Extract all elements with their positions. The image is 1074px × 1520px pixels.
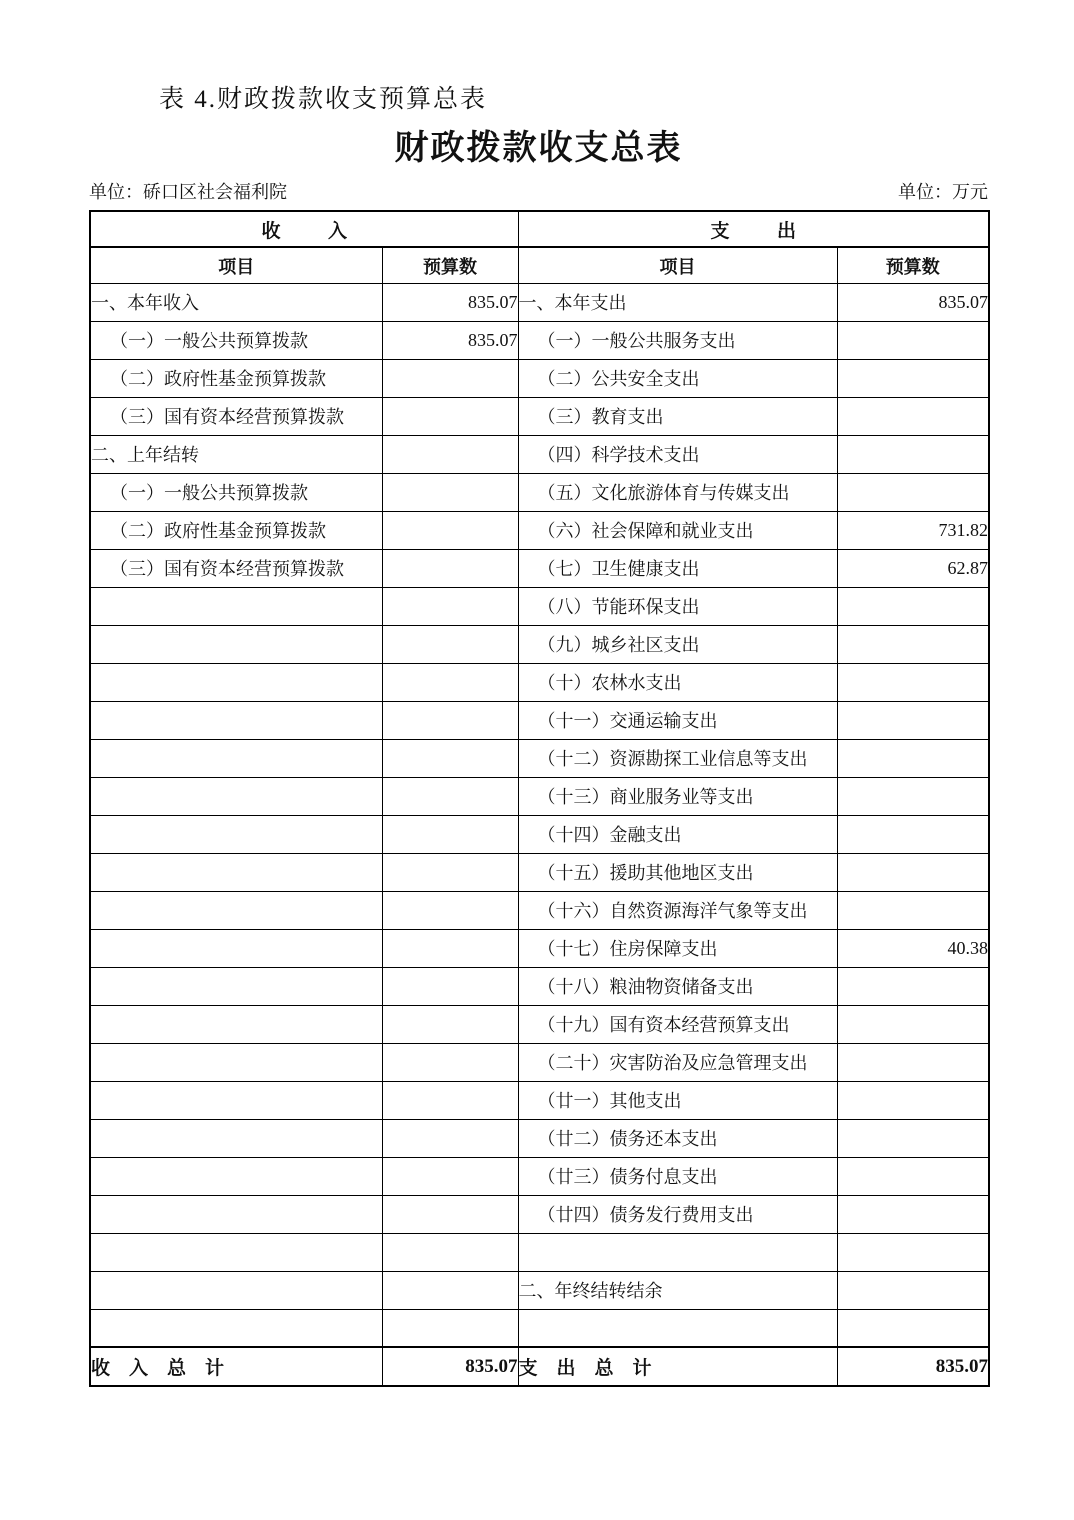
income-item-cell [90, 929, 382, 967]
expense-budget-cell: 835.07 [837, 283, 989, 321]
income-total-label: 收 入 总 计 [90, 1347, 382, 1386]
table-row: （九）城乡社区支出 [90, 625, 989, 663]
expense-item-cell [518, 1309, 837, 1347]
table-row: （十）农林水支出 [90, 663, 989, 701]
expense-item-column-header: 项目 [518, 247, 837, 283]
income-item-cell: （一）一般公共预算拨款 [90, 473, 382, 511]
income-item-cell [90, 1005, 382, 1043]
income-budget-cell [382, 473, 518, 511]
table-row: （二）政府性基金预算拨款（六）社会保障和就业支出731.82 [90, 511, 989, 549]
table-row: （十一）交通运输支出 [90, 701, 989, 739]
income-budget-cell [382, 1195, 518, 1233]
expense-budget-cell [837, 663, 989, 701]
expense-budget-cell [837, 1081, 989, 1119]
income-budget-cell [382, 549, 518, 587]
income-item-cell [90, 1119, 382, 1157]
expense-budget-cell [837, 1309, 989, 1347]
expense-item-cell: （廿四）债务发行费用支出 [518, 1195, 837, 1233]
table-row: （三）国有资本经营预算拨款（七）卫生健康支出62.87 [90, 549, 989, 587]
table-row: （十三）商业服务业等支出 [90, 777, 989, 815]
expense-item-cell: （六）社会保障和就业支出 [518, 511, 837, 549]
income-budget-cell: 835.07 [382, 283, 518, 321]
expense-item-cell [518, 1233, 837, 1271]
expense-total-label: 支 出 总 计 [518, 1347, 837, 1386]
table-row: （一）一般公共预算拨款835.07（一）一般公共服务支出 [90, 321, 989, 359]
expense-item-cell: （二十）灾害防治及应急管理支出 [518, 1043, 837, 1081]
income-item-cell [90, 625, 382, 663]
income-item-cell [90, 587, 382, 625]
income-budget-cell [382, 1081, 518, 1119]
total-row: 收 入 总 计 835.07 支 出 总 计 835.07 [90, 1347, 989, 1386]
income-item-cell: （三）国有资本经营预算拨款 [90, 549, 382, 587]
expense-budget-cell [837, 1005, 989, 1043]
expense-section-header: 支 出 [518, 211, 989, 247]
income-item-cell [90, 701, 382, 739]
income-item-cell: （一）一般公共预算拨款 [90, 321, 382, 359]
expense-budget-cell [837, 1043, 989, 1081]
table-row: （三）国有资本经营预算拨款（三）教育支出 [90, 397, 989, 435]
income-item-cell [90, 1195, 382, 1233]
income-item-cell [90, 853, 382, 891]
income-budget-cell [382, 1271, 518, 1309]
table-row [90, 1309, 989, 1347]
expense-budget-cell [837, 701, 989, 739]
expense-item-cell: （五）文化旅游体育与传媒支出 [518, 473, 837, 511]
section-header-row: 收 入 支 出 [90, 211, 989, 247]
expense-item-cell: （十八）粮油物资储备支出 [518, 967, 837, 1005]
income-item-cell [90, 1233, 382, 1271]
unit-row: 单位：硚口区社会福利院 单位：万元 [89, 182, 988, 204]
expense-budget-cell [837, 777, 989, 815]
income-budget-cell [382, 1043, 518, 1081]
income-section-header: 收 入 [90, 211, 518, 247]
income-item-cell: （三）国有资本经营预算拨款 [90, 397, 382, 435]
income-budget-cell [382, 435, 518, 473]
expense-budget-cell [837, 739, 989, 777]
expense-item-cell: （八）节能环保支出 [518, 587, 837, 625]
expense-item-cell: （七）卫生健康支出 [518, 549, 837, 587]
expense-budget-cell [837, 891, 989, 929]
income-budget-cell [382, 891, 518, 929]
income-budget-cell [382, 1233, 518, 1271]
income-budget-column-header: 预算数 [382, 247, 518, 283]
expense-budget-cell [837, 1119, 989, 1157]
table-row [90, 1233, 989, 1271]
income-item-cell [90, 1309, 382, 1347]
income-budget-cell [382, 853, 518, 891]
expense-item-cell: （二）公共安全支出 [518, 359, 837, 397]
table-row: （十六）自然资源海洋气象等支出 [90, 891, 989, 929]
income-item-cell [90, 663, 382, 701]
expense-item-cell: （四）科学技术支出 [518, 435, 837, 473]
income-budget-cell: 835.07 [382, 321, 518, 359]
income-item-cell [90, 815, 382, 853]
column-header-row: 项目 预算数 项目 预算数 [90, 247, 989, 283]
table-row: （十九）国有资本经营预算支出 [90, 1005, 989, 1043]
income-budget-cell [382, 967, 518, 1005]
expense-item-cell: （十七）住房保障支出 [518, 929, 837, 967]
expense-item-cell: （十三）商业服务业等支出 [518, 777, 837, 815]
expense-budget-cell: 62.87 [837, 549, 989, 587]
table-row: （廿一）其他支出 [90, 1081, 989, 1119]
table-row: 二、上年结转（四）科学技术支出 [90, 435, 989, 473]
table-row: （十七）住房保障支出40.38 [90, 929, 989, 967]
expense-item-cell: （十六）自然资源海洋气象等支出 [518, 891, 837, 929]
expense-budget-cell [837, 321, 989, 359]
income-budget-cell [382, 777, 518, 815]
expense-item-cell: （三）教育支出 [518, 397, 837, 435]
table-row: （十二）资源勘探工业信息等支出 [90, 739, 989, 777]
income-budget-cell [382, 1157, 518, 1195]
expense-budget-cell [837, 473, 989, 511]
expense-item-cell: （十九）国有资本经营预算支出 [518, 1005, 837, 1043]
expense-budget-cell [837, 1233, 989, 1271]
income-item-column-header: 项目 [90, 247, 382, 283]
income-item-cell: 一、本年收入 [90, 283, 382, 321]
income-item-cell: （二）政府性基金预算拨款 [90, 359, 382, 397]
table-body: 一、本年收入835.07一、本年支出835.07（一）一般公共预算拨款835.0… [90, 283, 989, 1347]
income-budget-cell [382, 1119, 518, 1157]
expense-item-cell: （十二）资源勘探工业信息等支出 [518, 739, 837, 777]
expense-item-cell: 二、年终结转结余 [518, 1271, 837, 1309]
income-item-cell [90, 1157, 382, 1195]
income-budget-cell [382, 815, 518, 853]
expense-budget-cell [837, 587, 989, 625]
expense-item-cell: （廿三）债务付息支出 [518, 1157, 837, 1195]
document-page: 表 4.财政拨款收支预算总表 财政拨款收支总表 单位：硚口区社会福利院 单位：万… [89, 0, 988, 1387]
unit-currency: 单位：万元 [898, 182, 988, 204]
table-number-label: 表 4.财政拨款收支预算总表 [159, 86, 988, 114]
income-item-cell [90, 1271, 382, 1309]
income-budget-cell [382, 359, 518, 397]
expense-budget-cell [837, 435, 989, 473]
table-row: 一、本年收入835.07一、本年支出835.07 [90, 283, 989, 321]
table-row: （十八）粮油物资储备支出 [90, 967, 989, 1005]
table-row: （十五）援助其他地区支出 [90, 853, 989, 891]
income-item-cell: （二）政府性基金预算拨款 [90, 511, 382, 549]
table-row: （廿四）债务发行费用支出 [90, 1195, 989, 1233]
income-item-cell [90, 777, 382, 815]
income-item-cell: 二、上年结转 [90, 435, 382, 473]
expense-item-cell: 一、本年支出 [518, 283, 837, 321]
table-row: （二十）灾害防治及应急管理支出 [90, 1043, 989, 1081]
expense-budget-cell [837, 853, 989, 891]
expense-budget-cell: 40.38 [837, 929, 989, 967]
income-budget-cell [382, 397, 518, 435]
table-row: （二）政府性基金预算拨款（二）公共安全支出 [90, 359, 989, 397]
expense-budget-cell [837, 967, 989, 1005]
expense-item-cell: （九）城乡社区支出 [518, 625, 837, 663]
income-item-cell [90, 1081, 382, 1119]
page-title: 财政拨款收支总表 [89, 130, 988, 167]
table-row: （十四）金融支出 [90, 815, 989, 853]
income-budget-cell [382, 929, 518, 967]
expense-item-cell: （十一）交通运输支出 [518, 701, 837, 739]
expense-total-value: 835.07 [837, 1347, 989, 1386]
income-total-value: 835.07 [382, 1347, 518, 1386]
expense-budget-cell [837, 815, 989, 853]
income-item-cell [90, 967, 382, 1005]
income-budget-cell [382, 663, 518, 701]
income-budget-cell [382, 701, 518, 739]
expense-budget-cell [837, 1195, 989, 1233]
expense-item-cell: （一）一般公共服务支出 [518, 321, 837, 359]
expense-budget-cell [837, 625, 989, 663]
expense-budget-cell [837, 359, 989, 397]
expense-budget-cell: 731.82 [837, 511, 989, 549]
table-row: （一）一般公共预算拨款（五）文化旅游体育与传媒支出 [90, 473, 989, 511]
income-item-cell [90, 739, 382, 777]
table-row: （廿二）债务还本支出 [90, 1119, 989, 1157]
income-item-cell [90, 1043, 382, 1081]
table-row: （廿三）债务付息支出 [90, 1157, 989, 1195]
expense-item-cell: （廿一）其他支出 [518, 1081, 837, 1119]
table-row: 二、年终结转结余 [90, 1271, 989, 1309]
expense-budget-cell [837, 1157, 989, 1195]
income-budget-cell [382, 1309, 518, 1347]
expense-item-cell: （十五）援助其他地区支出 [518, 853, 837, 891]
budget-table: 收 入 支 出 项目 预算数 项目 预算数 一、本年收入835.07一、本年支出… [89, 210, 990, 1387]
income-item-cell [90, 891, 382, 929]
expense-budget-column-header: 预算数 [837, 247, 989, 283]
table-row: （八）节能环保支出 [90, 587, 989, 625]
unit-organization: 单位：硚口区社会福利院 [89, 182, 287, 204]
expense-item-cell: （廿二）债务还本支出 [518, 1119, 837, 1157]
expense-item-cell: （十四）金融支出 [518, 815, 837, 853]
expense-budget-cell [837, 1271, 989, 1309]
income-budget-cell [382, 625, 518, 663]
income-budget-cell [382, 511, 518, 549]
expense-budget-cell [837, 397, 989, 435]
income-budget-cell [382, 587, 518, 625]
income-budget-cell [382, 1005, 518, 1043]
expense-item-cell: （十）农林水支出 [518, 663, 837, 701]
income-budget-cell [382, 739, 518, 777]
